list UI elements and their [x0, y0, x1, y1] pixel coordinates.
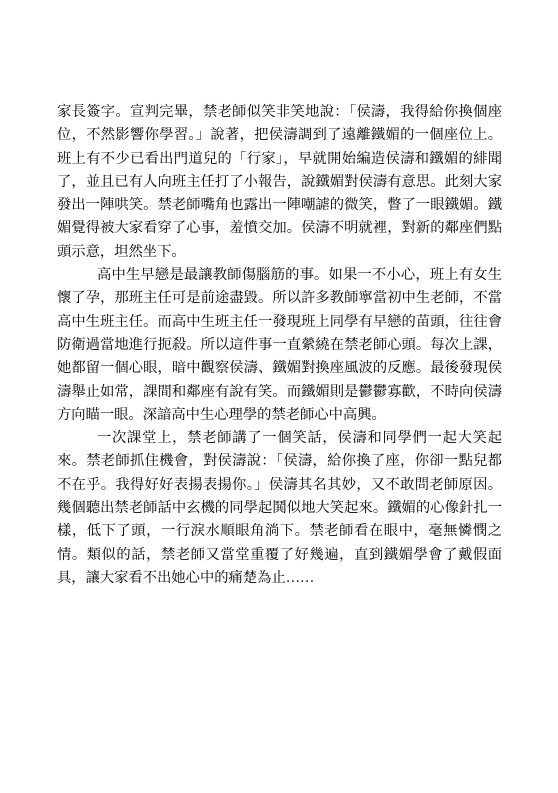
paragraph-2: 高中生早戀是最讓教師傷腦筋的事。如果一不小心，班上有女生懷了孕，那班主任可是前途… — [57, 264, 502, 427]
story-text-block: 家長簽字。宣判完畢，禁老師似笑非笑地說：「侯濤，我得給你換個座位，不然影響你學習… — [57, 101, 502, 590]
document-page: 家長簽字。宣判完畢，禁老師似笑非笑地說：「侯濤，我得給你換個座位，不然影響你學習… — [0, 0, 558, 793]
paragraph-continued: 家長簽字。宣判完畢，禁老師似笑非笑地說：「侯濤，我得給你換個座位，不然影響你學習… — [57, 101, 502, 264]
paragraph-3: 一次課堂上，禁老師講了一個笑話，侯濤和同學們一起大笑起來。禁老師抓住機會，對侯濤… — [57, 427, 502, 590]
